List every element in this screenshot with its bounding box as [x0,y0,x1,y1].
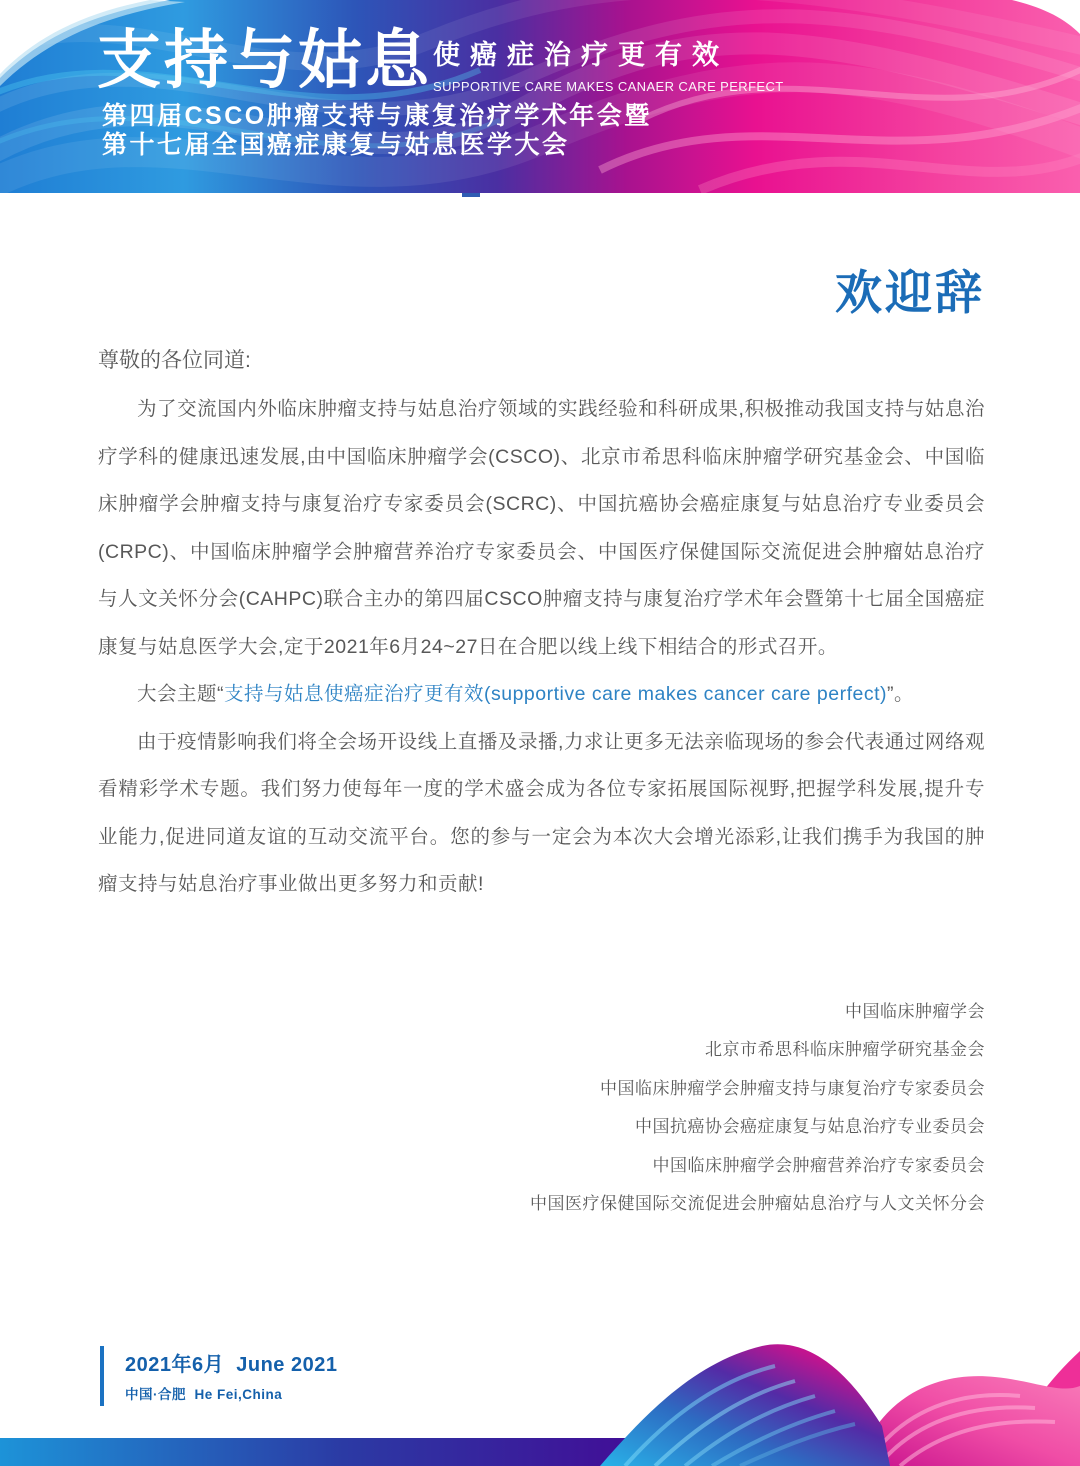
signatory-item: 中国临床肿瘤学会肿瘤支持与康复治疗专家委员会 [0,1070,985,1109]
signatory-item: 中国临床肿瘤学会 [0,993,985,1032]
welcome-letter-page: 支持与姑息 使癌症治疗更有效 SUPPORTIVE CARE MAKES CAN… [0,0,1080,1466]
signatory-item: 中国抗癌协会癌症康复与姑息治疗专业委员会 [0,1108,985,1147]
theme-suffix: ”。 [887,683,914,705]
banner-conference-line-2: 第十七届全国癌症康复与姑息医学大会 [102,131,570,161]
banner-notch-decoration [462,193,480,197]
letter-theme-line: 大会主题“支持与姑息使癌症治疗更有效(supportive care makes… [98,671,985,719]
banner-tagline-en: SUPPORTIVE CARE MAKES CANAER CARE PERFEC… [433,79,784,94]
banner-conference-line-1: 第四届CSCO肿瘤支持与康复治疗学术年会暨 [102,102,652,132]
salutation: 尊敬的各位同道: [98,344,985,374]
signatory-item: 中国医疗保健国际交流促进会肿瘤姑息治疗与人文关怀分会 [0,1185,985,1224]
theme-highlight: 支持与姑息使癌症治疗更有效(supportive care makes canc… [224,683,887,705]
signatory-item: 北京市希思科临床肿瘤学研究基金会 [0,1031,985,1070]
letter-body: 为了交流国内外临床肿瘤支持与姑息治疗领域的实践经验和科研成果,积极推动我国支持与… [98,386,985,909]
page-title: 欢迎辞 [0,269,985,316]
banner-tagline-cn: 使癌症治疗更有效 [433,42,729,69]
letter-paragraph-2: 由于疫情影响我们将全会场开设线上直播及录播,力求让更多无法亲临现场的参会代表通过… [98,719,985,909]
signatory-list: 中国临床肿瘤学会 北京市希思科临床肿瘤学研究基金会 中国临床肿瘤学会肿瘤支持与康… [0,993,985,1224]
bottom-wave-art [0,1296,1080,1466]
signatory-item: 中国临床肿瘤学会肿瘤营养治疗专家委员会 [0,1147,985,1186]
letter-paragraph-1: 为了交流国内外临床肿瘤支持与姑息治疗领域的实践经验和科研成果,积极推动我国支持与… [98,386,985,671]
theme-prefix: 大会主题“ [137,683,224,705]
header-banner: 支持与姑息 使癌症治疗更有效 SUPPORTIVE CARE MAKES CAN… [0,0,1080,193]
banner-main-title: 支持与姑息 [97,28,432,92]
